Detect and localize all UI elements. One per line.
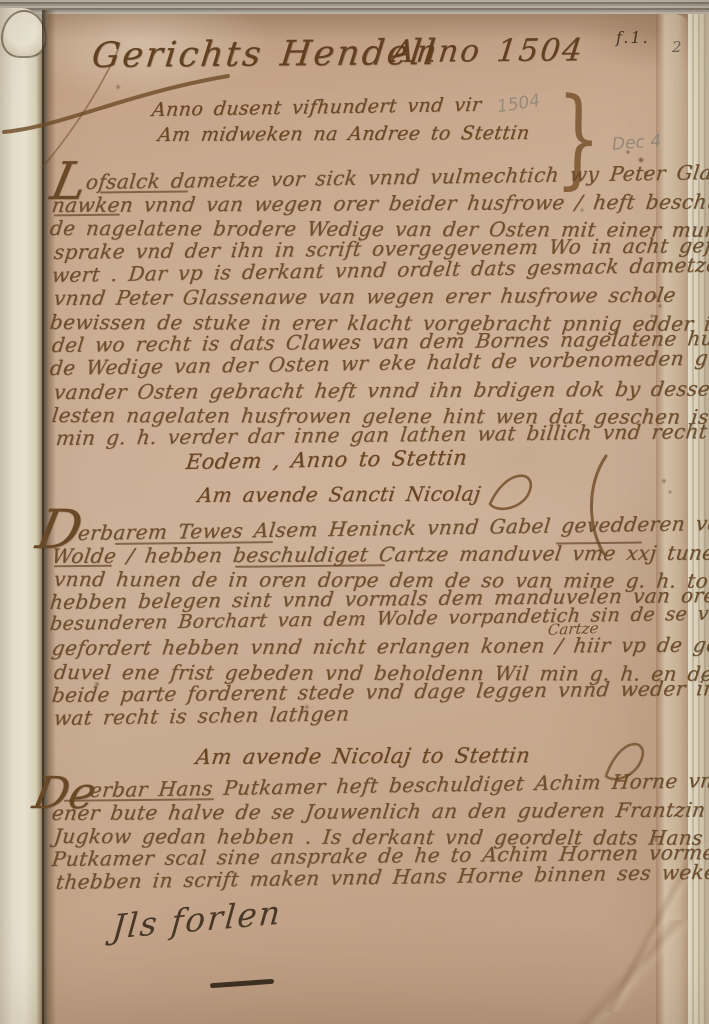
entry2-heading-eodem: Eodem , Anno to Stettin xyxy=(185,446,469,474)
entry1-line: vnnd Peter Glassenawe van wegen erer hus… xyxy=(52,283,677,310)
dateline-line2: Am midweken na Andree to Stettin xyxy=(157,122,532,146)
entry2-insertion-above-line: Cartze xyxy=(547,619,600,639)
page-title: Gerichts Hendell xyxy=(90,33,440,76)
entry2-line: wat recht is schen lathgen xyxy=(53,701,351,730)
entry2-line: gefordert hebben vnnd nicht erlangen kon… xyxy=(50,632,709,660)
entry3-heading: Am avende Nicolaj to Stettin xyxy=(194,743,531,769)
facing-page-edge xyxy=(0,8,44,1024)
page-number: 2 xyxy=(672,38,682,56)
folio-mark: f.1. xyxy=(616,28,650,47)
entry1-line: vander Osten gebracht heft vnnd ihn brdi… xyxy=(52,376,709,404)
entry2-heading-avende: Am avende Sancti Nicolaj xyxy=(196,482,482,507)
title-anno: Anno 1504 xyxy=(390,32,586,70)
manuscript-photo: } Gerichts Hendell Anno 1504 f.1. 2 1504… xyxy=(0,0,709,1024)
pencil-date-note: Dec 4 xyxy=(611,131,661,154)
facing-page-rolled-corner xyxy=(1,10,47,58)
entry1-line: nawken vnnd van wegen orer beider husfro… xyxy=(50,189,709,217)
book-top-edge xyxy=(0,0,709,14)
entry3-line: ener bute halve de se Jouwenlich an den … xyxy=(50,797,709,825)
